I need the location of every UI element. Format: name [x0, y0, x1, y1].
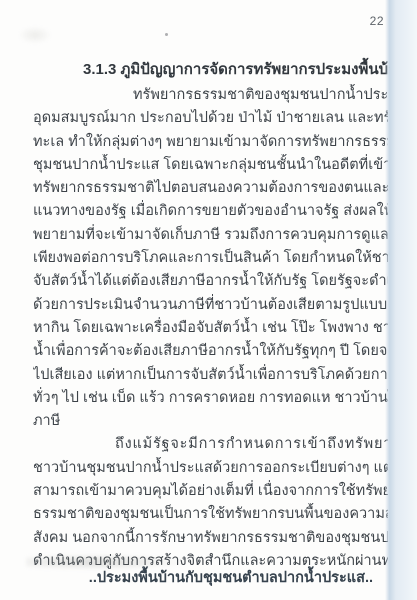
- paragraph-1: ทรัพยากรธรรมชาติของชุมชนปากน้ำประแสซึ่งม…: [33, 84, 388, 433]
- body-line: พยายามที่จะเข้ามาจัดเก็บภาษี รวมถึงการคว…: [33, 224, 388, 247]
- body-line: ถึงแม้รัฐจะมีการกำหนดการเข้าถึงทรัพยากรข…: [33, 433, 388, 456]
- paragraph-2: ถึงแม้รัฐจะมีการกำหนดการเข้าถึงทรัพยากรข…: [33, 433, 388, 573]
- body-line: ทั่วๆ ไป เช่น เบ็ด แร้ว การคราดหอย การทอ…: [33, 387, 388, 410]
- page-content: 3.1.3 ภูมิปัญญาการจัดการทรัพยากรประมงพื้…: [33, 57, 388, 573]
- body-line: ภาษี: [33, 410, 388, 433]
- page-number: 22: [370, 14, 384, 28]
- body-line: น้ำเพื่อการค้าจะต้องเสียภาษีอากรน้ำให้กั…: [33, 340, 388, 363]
- body-line: ทรัพยากรธรรมชาติของชุมชนปากน้ำประแสซึ่งม…: [33, 84, 388, 107]
- body-line: แนวทางของรัฐ เมื่อเกิดการขยายตัวของอำนาจ…: [33, 200, 388, 223]
- body-line: ธรรมชาติของชุมชนเป็นการใช้ทรัพยากรบนพื้น…: [33, 503, 388, 526]
- body-line: ทะเล ทำให้กลุ่มต่างๆ พยายามเข้ามาจัดการท…: [33, 131, 388, 154]
- body-line: จับสัตว์น้ำได้แต่ต้องเสียภาษีอากรน้ำให้ก…: [33, 270, 388, 293]
- body-line: ไปเสียเอง แต่หากเป็นการจับสัตว์น้ำเพื่อก…: [33, 364, 388, 387]
- section-heading: 3.1.3 ภูมิปัญญาการจัดการทรัพยากรประมงพื้…: [83, 57, 388, 83]
- body-line: สามารถเข้ามาควบคุมได้อย่างเต็มที่ เนื่อง…: [33, 480, 388, 503]
- scan-smudge: [26, 554, 191, 570]
- body-line: ทรัพยากรธรรมชาติไปตอบสนองความต้องการของต…: [33, 177, 388, 200]
- body-line: อุดมสมบูรณ์มาก ประกอบไปด้วย ป่าไม้ ป่าชา…: [33, 107, 388, 130]
- document-page: 22 3.1.3 ภูมิปัญญาการจัดการทรัพยากรประมง…: [0, 0, 417, 600]
- scan-smudge: [18, 26, 52, 44]
- body-line: สังคม นอกจากนี้การรักษาทรัพยากรธรรมชาติข…: [33, 527, 388, 550]
- scan-speck: [165, 33, 168, 36]
- body-line: หากิน โดยเฉพาะเครื่องมือจับสัตว์น้ำ เช่น…: [33, 317, 388, 340]
- body-line: ชุมชนปากน้ำประแส โดยเฉพาะกลุ่มชนชั้นนำใน…: [33, 154, 388, 177]
- page-edge-shadow: [385, 0, 417, 600]
- body-line: เพียงพอต่อการบริโภคและการเป็นสินค้า โดยก…: [33, 247, 388, 270]
- body-line: ด้วยการประเมินจำนวนภาษีที่ชาวบ้านต้องเสี…: [33, 294, 388, 317]
- body-line: ชาวบ้านชุมชนปากน้ำประแสด้วยการออกระเบียบ…: [33, 457, 388, 480]
